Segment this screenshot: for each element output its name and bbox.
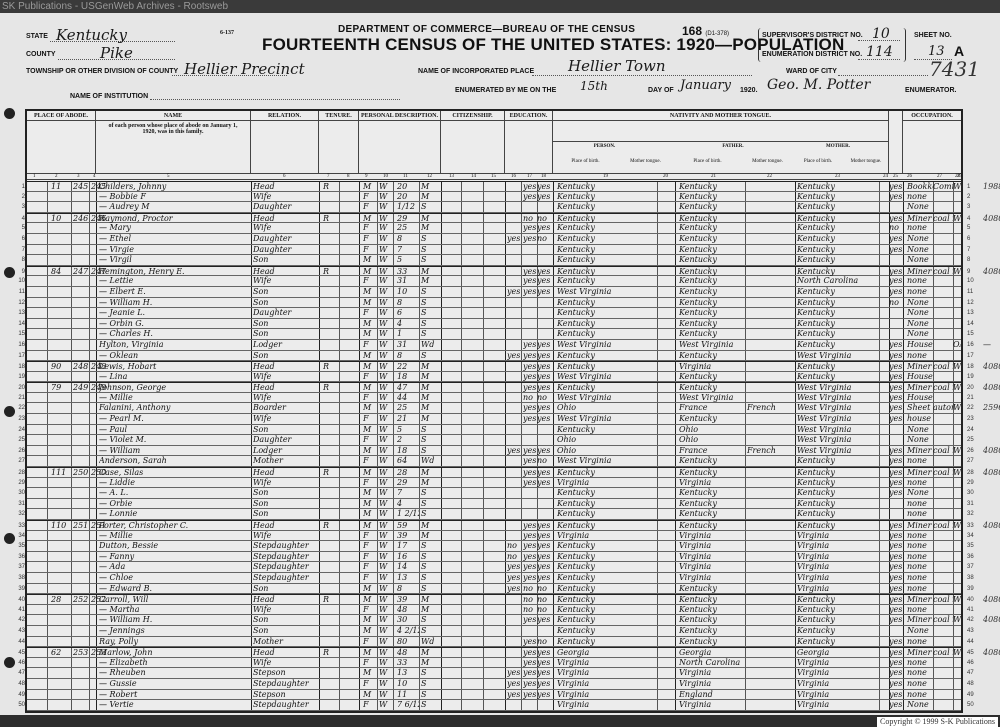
margin-code: 4080: [983, 267, 1000, 277]
cell-age: 29: [397, 478, 419, 488]
column-divider: [745, 573, 746, 583]
cell-relation: Stepdaughter: [253, 700, 319, 710]
column-divider: [505, 214, 506, 223]
cell-tenure: [323, 478, 337, 488]
cell-father-birth: Kentucky: [679, 234, 745, 244]
column-divider: [393, 499, 394, 509]
column-divider: [419, 351, 420, 361]
cell-emp: [953, 329, 961, 339]
cell-tenure: [323, 403, 337, 413]
cell-sex: F: [363, 245, 377, 255]
cell-name: — William H.: [99, 615, 251, 625]
cell-age: 8: [397, 298, 419, 308]
column-divider: [553, 308, 554, 318]
column-divider: [319, 393, 320, 403]
column-divider: [461, 319, 462, 329]
column-number: 23: [835, 174, 840, 180]
cell-sex: F: [363, 637, 377, 647]
column-divider: [251, 223, 252, 233]
cell-write: no: [537, 393, 553, 403]
cell-race: W: [379, 521, 393, 531]
punch-hole: [4, 108, 15, 119]
column-divider: [419, 605, 420, 615]
cell-father-tongue: [747, 255, 797, 265]
column-divider: [745, 214, 746, 223]
line-number: 11: [3, 287, 25, 297]
cell-english: [889, 509, 903, 519]
cell-age: 31: [397, 340, 419, 350]
line-number-right: 43: [967, 626, 981, 636]
cell-father-tongue: [747, 456, 797, 466]
cell-dwelling: [73, 245, 91, 255]
cell-emp: W: [953, 267, 961, 277]
column-divider: [339, 414, 340, 424]
cell-birth: Virginia: [557, 700, 657, 710]
column-divider: [903, 340, 904, 350]
column-divider: [879, 615, 880, 625]
cell-tenure: [323, 245, 337, 255]
column-divider: [251, 573, 252, 583]
cell-race: W: [379, 340, 393, 350]
cell-sex: F: [363, 276, 377, 286]
column-divider: [745, 584, 746, 594]
column-divider: [879, 425, 880, 435]
cell-industry: [933, 276, 953, 286]
column-divider: [419, 340, 420, 350]
column-number: 24: [883, 174, 888, 180]
table-row: 4343— JenningsSonMW4 2/12SKentuckyKentuc…: [27, 626, 961, 637]
cell-industry: [933, 626, 953, 636]
column-divider: [319, 615, 320, 625]
cell-father-birth: France: [679, 446, 745, 456]
cell-relation: Stepdaughter: [253, 573, 319, 583]
cell-dwelling: 250: [73, 468, 91, 478]
cell-father-tongue: [747, 531, 797, 541]
column-divider: [745, 393, 746, 403]
cell-mother-birth: Kentucky: [797, 267, 879, 277]
cell-trade: none: [907, 223, 933, 233]
line-number-right: 47: [967, 668, 981, 678]
cell-marital: S: [421, 584, 439, 594]
cell-industry: [933, 192, 953, 202]
cell-sex: M: [363, 468, 377, 478]
column-divider: [359, 372, 360, 382]
cell-name: — Chloe: [99, 573, 251, 583]
column-divider: [675, 488, 676, 498]
column-divider: [71, 637, 72, 647]
column-divider: [675, 626, 676, 636]
column-divider: [377, 202, 378, 212]
cell-trade: Housework: [907, 372, 933, 382]
column-divider: [903, 267, 904, 276]
cell-age: 80: [397, 637, 419, 647]
cell-english: yes: [889, 679, 903, 689]
column-divider: [903, 468, 904, 477]
column-divider: [339, 626, 340, 636]
column-divider: [745, 414, 746, 424]
column-divider: [47, 214, 48, 223]
column-divider: [553, 298, 554, 308]
cell-race: W: [379, 383, 393, 393]
line-number-right: 28: [967, 468, 981, 478]
cell-school: [507, 192, 523, 202]
column-divider: [441, 690, 442, 700]
column-divider: [675, 541, 676, 551]
cell-relation: Daughter: [253, 202, 319, 212]
cell-emp: [953, 456, 961, 466]
column-divider: [903, 499, 904, 509]
cell-house: 110: [51, 521, 71, 531]
column-divider: [903, 446, 904, 456]
column-divider: [505, 446, 506, 456]
cell-relation: Daughter: [253, 234, 319, 244]
cell-tenure: [323, 372, 337, 382]
cell-age: 10: [397, 287, 419, 297]
cell-dwelling: [73, 488, 91, 498]
column-divider: [319, 362, 320, 371]
cell-school: yes: [507, 668, 523, 678]
cell-read: yes: [523, 668, 537, 678]
cell-industry: [933, 531, 953, 541]
column-divider: [339, 478, 340, 488]
column-divider: [251, 584, 252, 594]
column-divider: [377, 308, 378, 318]
column-divider: [657, 478, 658, 488]
cell-write: yes: [537, 362, 553, 372]
line-number: 27: [3, 456, 25, 466]
column-divider: [319, 214, 320, 223]
cell-house: [51, 287, 71, 297]
cell-relation: Son: [253, 255, 319, 265]
column-divider: [675, 329, 676, 339]
table-row: 202079249249Johnson, GeorgeHeadRMW47Myes…: [27, 382, 961, 393]
cell-mother-birth: Kentucky: [797, 456, 879, 466]
column-divider: [419, 658, 420, 668]
cell-house: [51, 584, 71, 594]
table-row: 3838— ChloeStepdaughterFW13SyesyesyesKen…: [27, 573, 961, 584]
cell-sex: M: [363, 626, 377, 636]
column-divider: [359, 202, 360, 212]
header-mother: MOTHER.: [788, 144, 888, 149]
column-divider: [441, 192, 442, 202]
cell-mother-birth: Virginia: [797, 690, 879, 700]
column-divider: [553, 329, 554, 339]
column-divider: [461, 668, 462, 678]
cell-sex: F: [363, 234, 377, 244]
column-number-strip: 1234567891011121314151617181920212223242…: [27, 173, 961, 180]
column-divider: [339, 658, 340, 668]
column-divider: [461, 637, 462, 647]
column-divider: [71, 584, 72, 594]
column-divider: [319, 637, 320, 647]
cell-marital: M: [421, 403, 439, 413]
table-row: 2929— LiddieWifeFW29MyesyesVirginiaVirgi…: [27, 478, 961, 489]
cell-age: 47: [397, 383, 419, 393]
column-divider: [903, 414, 904, 424]
line-number-right: 35: [967, 541, 981, 551]
column-divider: [879, 223, 880, 233]
column-divider: [339, 562, 340, 572]
column-divider: [377, 499, 378, 509]
cell-marital: S: [421, 435, 439, 445]
cell-write: yes: [537, 658, 553, 668]
cell-age: 31: [397, 276, 419, 286]
cell-race: W: [379, 287, 393, 297]
column-divider: [71, 383, 72, 392]
cell-house: [51, 552, 71, 562]
column-divider: [505, 700, 506, 710]
column-divider: [393, 182, 394, 191]
column-divider: [419, 425, 420, 435]
cell-name: — Bobbie F: [99, 192, 251, 202]
cell-school: [507, 329, 523, 339]
column-divider: [483, 648, 484, 657]
cell-school: [507, 435, 523, 445]
cell-age: 64: [397, 456, 419, 466]
column-divider: [441, 255, 442, 265]
cell-tenure: [323, 658, 337, 668]
cell-birth: Kentucky: [557, 245, 657, 255]
column-divider: [319, 383, 320, 392]
column-divider: [675, 319, 676, 329]
line-number-right: 33: [967, 521, 981, 531]
cell-emp: W: [953, 468, 961, 478]
cell-tenure: [323, 446, 337, 456]
line-number: 47: [3, 668, 25, 678]
cell-school: yes: [507, 584, 523, 594]
line-number-right: 15: [967, 329, 981, 339]
table-row: 55— MaryWifeFW25MyesyesKentuckyKentuckyK…: [27, 223, 961, 234]
cell-english: yes: [889, 245, 903, 255]
line-number-right: 11: [967, 287, 981, 297]
cell-house: [51, 478, 71, 488]
cell-english: yes: [889, 584, 903, 594]
column-divider: [657, 276, 658, 286]
cell-marital: S: [421, 573, 439, 583]
column-divider: [657, 372, 658, 382]
column-divider: [505, 298, 506, 308]
cell-sex: M: [363, 584, 377, 594]
column-divider: [71, 679, 72, 689]
line-number-right: 44: [967, 637, 981, 647]
cell-emp: W: [953, 383, 961, 393]
census-rows: 1111245245Childers, JohnnyHeadRMW20Myesy…: [27, 181, 961, 711]
table-row: 5050— VertieStepdaughterFW7 6/12SVirgini…: [27, 700, 961, 711]
column-divider: [553, 552, 554, 562]
column-divider: [251, 658, 252, 668]
cell-house: [51, 351, 71, 361]
cell-relation: Son: [253, 329, 319, 339]
margin-code: 4080: [983, 615, 1000, 625]
column-divider: [461, 499, 462, 509]
column-divider: [675, 414, 676, 424]
column-divider: [359, 214, 360, 223]
cell-dwelling: [73, 562, 91, 572]
column-divider: [441, 562, 442, 572]
cell-industry: [933, 372, 953, 382]
cell-house: [51, 509, 71, 519]
cell-name: — William: [99, 446, 251, 456]
column-divider: [483, 414, 484, 424]
cell-birth: West Virginia: [557, 287, 657, 297]
header-father-pob: Place of birth.: [675, 159, 740, 164]
column-divider: [483, 668, 484, 678]
column-divider: [505, 488, 506, 498]
column-number: 18: [541, 174, 546, 180]
cell-father-tongue: [747, 700, 797, 710]
line-number-right: 2: [967, 192, 981, 202]
column-divider: [251, 393, 252, 403]
cell-mother-birth: Kentucky: [797, 468, 879, 478]
cell-mother-birth: Kentucky: [797, 308, 879, 318]
cell-emp: [953, 298, 961, 308]
cell-dwelling: 246: [73, 214, 91, 224]
column-divider: [879, 372, 880, 382]
column-divider: [319, 308, 320, 318]
column-divider: [251, 214, 252, 223]
page-suffix: (D1-378): [705, 31, 729, 37]
column-divider: [71, 287, 72, 297]
column-divider: [377, 446, 378, 456]
cell-mother-birth: Kentucky: [797, 255, 879, 265]
cell-write: [537, 499, 553, 509]
column-divider: [483, 372, 484, 382]
column-divider: [377, 562, 378, 572]
column-divider: [393, 245, 394, 255]
cell-read: yes: [523, 192, 537, 202]
column-divider: [483, 626, 484, 636]
cell-marital: S: [421, 446, 439, 456]
column-divider: [339, 435, 340, 445]
column-divider: [505, 573, 506, 583]
cell-english: yes: [889, 531, 903, 541]
line-number: 2: [3, 192, 25, 202]
column-divider: [339, 679, 340, 689]
line-number: 29: [3, 478, 25, 488]
cell-race: W: [379, 637, 393, 647]
cell-english: yes: [889, 541, 903, 551]
cell-name: — Fanny: [99, 552, 251, 562]
cell-father-tongue: [747, 182, 797, 192]
column-number: 20: [663, 174, 668, 180]
cell-marital: S: [421, 298, 439, 308]
column-divider: [419, 690, 420, 700]
line-number: 28: [3, 468, 25, 478]
table-row: 1515— Charles H.SonMW1SKentuckyKentuckyK…: [27, 329, 961, 340]
cell-name: — Elizabeth: [99, 658, 251, 668]
cell-trade: None: [907, 329, 933, 339]
line-number: 6: [3, 234, 25, 244]
column-divider: [441, 403, 442, 413]
column-divider: [339, 372, 340, 382]
cell-father-tongue: French: [747, 403, 797, 413]
cell-age: 5: [397, 425, 419, 435]
cell-english: yes: [889, 446, 903, 456]
column-divider: [441, 202, 442, 212]
column-divider: [505, 403, 506, 413]
column-divider: [359, 468, 360, 477]
column-divider: [319, 202, 320, 212]
column-divider: [71, 403, 72, 413]
column-divider: [505, 435, 506, 445]
cell-industry: [933, 414, 953, 424]
cell-marital: M: [421, 192, 439, 202]
column-divider: [483, 287, 484, 297]
cell-sex: M: [363, 648, 377, 658]
cell-trade: Miner: [907, 468, 933, 478]
column-divider: [461, 573, 462, 583]
line-number-right: 5: [967, 223, 981, 233]
cell-marital: S: [421, 425, 439, 435]
column-divider: [71, 615, 72, 625]
column-divider: [359, 478, 360, 488]
table-row: 404028252252Carroll, WillHeadRMW39MnonoK…: [27, 594, 961, 605]
cell-father-tongue: [747, 267, 797, 277]
column-divider: [319, 245, 320, 255]
column-divider: [553, 521, 554, 530]
column-divider: [441, 573, 442, 583]
cell-dwelling: [73, 192, 91, 202]
cell-birth: Kentucky: [557, 562, 657, 572]
line-number: 42: [3, 615, 25, 625]
column-divider: [483, 362, 484, 371]
column-divider: [319, 182, 320, 191]
cell-school: [507, 605, 523, 615]
column-divider: [441, 521, 442, 530]
column-divider: [879, 383, 880, 392]
column-divider: [393, 648, 394, 657]
column-divider: [377, 383, 378, 392]
cell-mother-birth: West Virginia: [797, 393, 879, 403]
column-divider: [657, 414, 658, 424]
cell-sex: M: [363, 488, 377, 498]
cell-industry: [933, 223, 953, 233]
cell-relation: Son: [253, 298, 319, 308]
cell-house: [51, 372, 71, 382]
cell-read: [523, 319, 537, 329]
cell-english: [889, 329, 903, 339]
column-divider: [553, 595, 554, 604]
column-divider: [251, 276, 252, 286]
column-divider: [553, 700, 554, 710]
line-number: 22: [3, 403, 25, 413]
column-divider: [879, 531, 880, 541]
column-divider: [553, 541, 554, 551]
column-divider: [419, 541, 420, 551]
cell-read: [523, 499, 537, 509]
cell-trade: none: [907, 509, 933, 519]
cell-trade: None: [907, 700, 933, 710]
column-divider: [441, 552, 442, 562]
column-divider: [675, 700, 676, 710]
column-divider: [393, 403, 394, 413]
cell-father-birth: Ohio: [679, 425, 745, 435]
column-divider: [553, 425, 554, 435]
column-divider: [393, 308, 394, 318]
line-number-right: 3: [967, 202, 981, 212]
column-divider: [47, 679, 48, 689]
column-divider: [251, 456, 252, 466]
column-divider: [505, 468, 506, 477]
column-divider: [657, 214, 658, 223]
column-divider: [745, 351, 746, 361]
archive-banner: SK Publications - USGenWeb Archives - Ro…: [0, 0, 1000, 13]
column-divider: [319, 287, 320, 297]
cell-dwelling: [73, 584, 91, 594]
column-divider: [47, 468, 48, 477]
column-divider: [359, 351, 360, 361]
line-number-right: 29: [967, 478, 981, 488]
